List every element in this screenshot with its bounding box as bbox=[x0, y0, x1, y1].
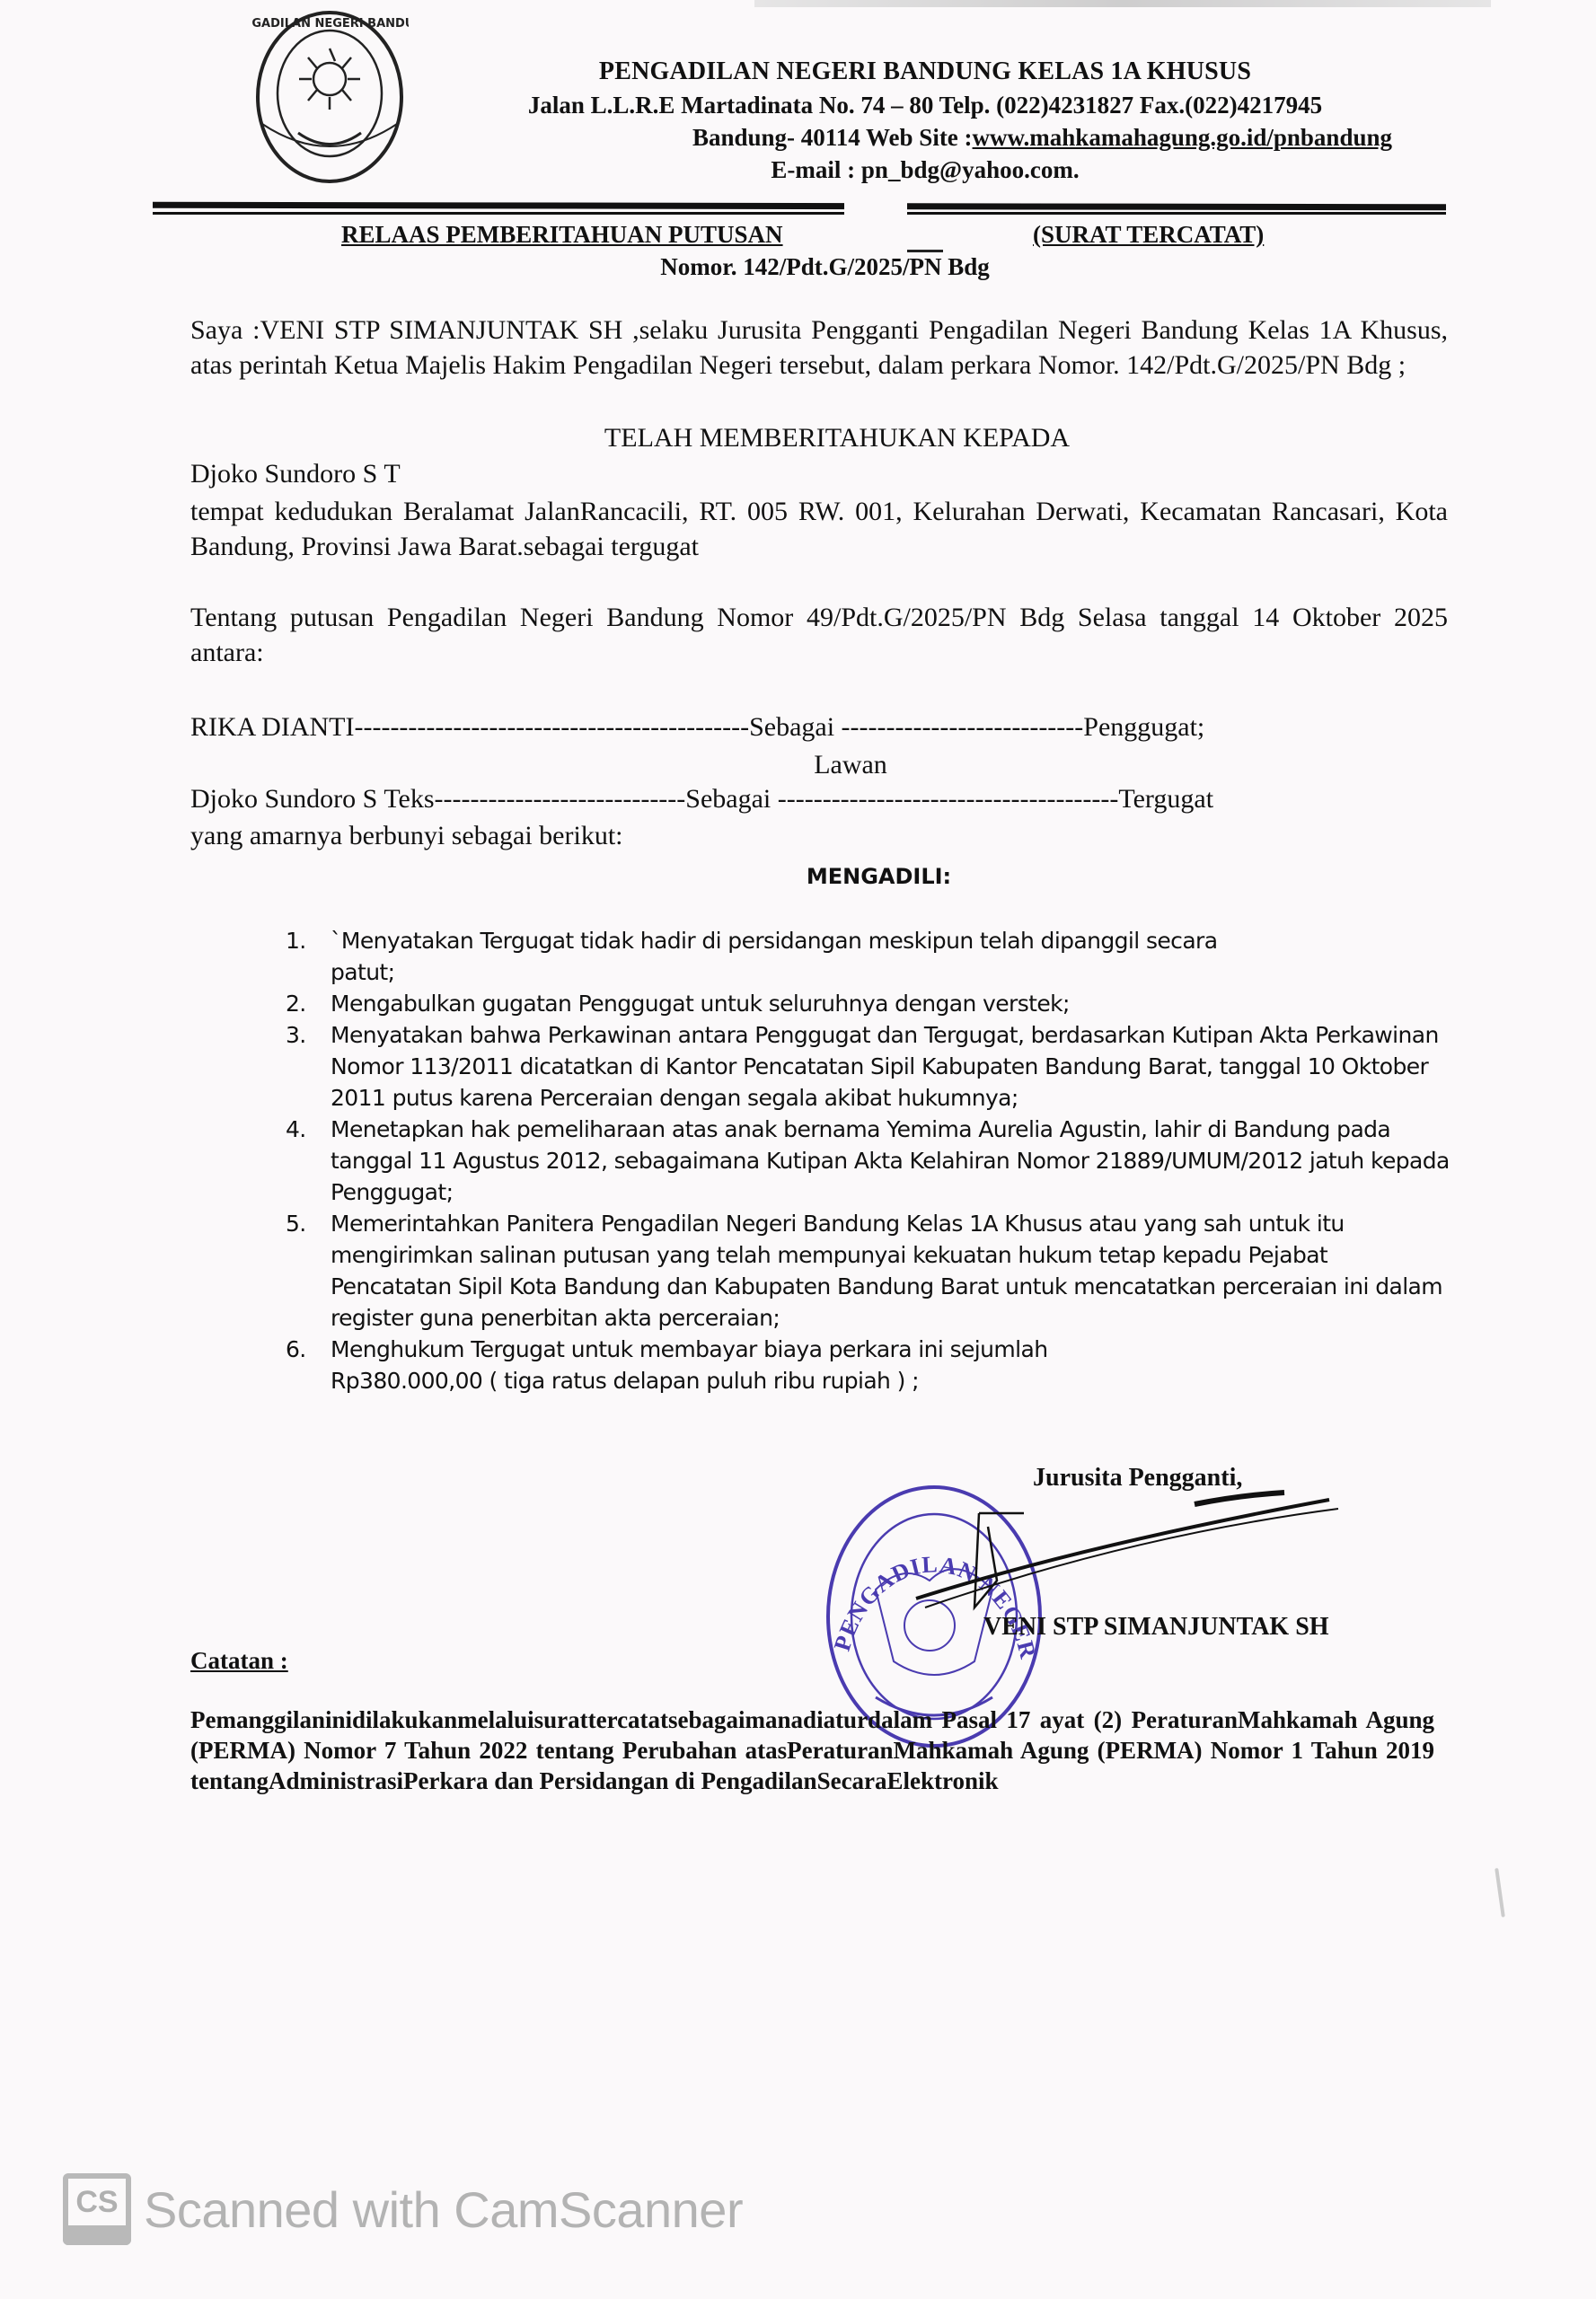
verdict-item-number: 2. bbox=[286, 988, 331, 1019]
letterhead-divider-thin bbox=[153, 212, 1446, 215]
party-dashes: --------------------------- bbox=[834, 712, 1083, 742]
title-underline-fragment bbox=[907, 250, 943, 252]
camscanner-text: Scanned with CamScanner bbox=[144, 2180, 743, 2239]
court-address: Jalan L.L.R.E Martadinata No. 74 – 80 Te… bbox=[431, 92, 1419, 119]
party-name: RIKA DIANTI bbox=[190, 712, 354, 742]
svg-text:PENGADILAN NEGERI BANDUNG: PENGADILAN NEGERI BANDUNG bbox=[251, 17, 409, 31]
verdict-item-text: Mengabulkan gugatan Penggugat untuk selu… bbox=[331, 988, 1453, 1019]
city-label: Bandung- 40114 Web Site : bbox=[692, 124, 973, 151]
notes-text: Pemanggilaninidilakukanmelaluisuratterca… bbox=[190, 1704, 1434, 1796]
notes-label-colon: : bbox=[274, 1647, 288, 1674]
party-role: Tergugat bbox=[1118, 784, 1213, 814]
verdict-item-number: 6. bbox=[286, 1334, 331, 1396]
court-email: E-mail : pn_bdg@yahoo.com. bbox=[431, 156, 1419, 184]
party-name: Djoko Sundoro S Teks bbox=[190, 784, 435, 814]
verdict-intro: yang amarnya berbunyi sebagai berikut: bbox=[190, 821, 1448, 851]
verdict-item-number: 3. bbox=[286, 1019, 331, 1114]
party-dashes: ---------------------------- bbox=[435, 784, 686, 814]
divider-redaction bbox=[844, 199, 907, 223]
document-title: RELAAS PEMBERITAHUAN PUTUSAN bbox=[341, 221, 783, 249]
website-link[interactable]: www.mahkamahagung.go.id/pnbandung bbox=[973, 124, 1392, 151]
verdict-item-number: 4. bbox=[286, 1114, 331, 1208]
party-dashes: -------------------------------------- bbox=[771, 784, 1118, 814]
decision-reference: Tentang putusan Pengadilan Negeri Bandun… bbox=[190, 600, 1448, 670]
party-as: Sebagai bbox=[685, 784, 771, 814]
opening-paragraph: Saya :VENI STP SIMANJUNTAK SH ,selaku Ju… bbox=[190, 313, 1448, 383]
verdict-list: 1. `Menyatakan Tergugat tidak hadir di p… bbox=[286, 925, 1453, 1396]
signatory-role: Jurusita Pengganti, bbox=[1033, 1464, 1242, 1493]
verdict-item: 6. Menghukum Tergugat untuk membayar bia… bbox=[286, 1334, 1453, 1396]
verdict-heading: MENGADILI: bbox=[0, 864, 1596, 889]
recipient-address: tempat kedudukan Beralamat JalanRancacil… bbox=[190, 494, 1448, 564]
verdict-item: 3. Menyatakan bahwa Perkawinan antara Pe… bbox=[286, 1019, 1453, 1114]
party-as: Sebagai bbox=[749, 712, 834, 742]
notified-heading: TELAH MEMBERITAHUKAN KEPADA bbox=[190, 420, 1466, 455]
verdict-item-text: Menghukum Tergugat untuk membayar biaya … bbox=[331, 1334, 1453, 1396]
verdict-item-text: `Menyatakan Tergugat tidak hadir di pers… bbox=[331, 925, 1453, 988]
scan-artifact bbox=[1495, 1868, 1505, 1917]
party-dashes: ----------------------------------------… bbox=[354, 712, 749, 742]
versus-label: Lawan bbox=[190, 750, 1448, 780]
scan-top-edge bbox=[754, 0, 1491, 7]
party-plaintiff: RIKA DIANTI-----------------------------… bbox=[190, 712, 1448, 743]
recipient-name: Djoko Sundoro S T bbox=[190, 456, 1448, 491]
verdict-item-text: Memerintahkan Panitera Pengadilan Negeri… bbox=[331, 1208, 1453, 1334]
verdict-item-text: Menetapkan hak pemeliharaan atas anak be… bbox=[331, 1114, 1453, 1208]
party-defendant: Djoko Sundoro S Teks--------------------… bbox=[190, 784, 1448, 815]
verdict-item: 1. `Menyatakan Tergugat tidak hadir di p… bbox=[286, 925, 1453, 988]
notes-label: Catatan : bbox=[190, 1647, 288, 1675]
camscanner-watermark: CS Scanned with CamScanner bbox=[63, 2173, 743, 2245]
camscanner-logo-icon: CS bbox=[63, 2173, 131, 2245]
verdict-item: 5. Memerintahkan Panitera Pengadilan Neg… bbox=[286, 1208, 1453, 1334]
party-role: Penggugat; bbox=[1083, 712, 1204, 742]
court-name: PENGADILAN NEGERI BANDUNG KELAS 1A KHUSU… bbox=[431, 57, 1419, 86]
verdict-item: 2. Mengabulkan gugatan Penggugat untuk s… bbox=[286, 988, 1453, 1019]
court-website-line: Bandung- 40114 Web Site :www.mahkamahagu… bbox=[584, 124, 1392, 152]
handwritten-signature bbox=[862, 1473, 1347, 1634]
verdict-item: 4. Menetapkan hak pemeliharaan atas anak… bbox=[286, 1114, 1453, 1208]
document-number: Nomor. 142/Pdt.G/2025/PN Bdg bbox=[0, 253, 1596, 281]
signatory-name: VENI STP SIMANJUNTAK SH bbox=[983, 1613, 1329, 1642]
notes-label-text: Catatan bbox=[190, 1647, 274, 1674]
court-logo: PENGADILAN NEGERI BANDUNG bbox=[251, 7, 409, 187]
verdict-item-text: Menyatakan bahwa Perkawinan antara Pengg… bbox=[331, 1019, 1453, 1114]
verdict-item-number: 5. bbox=[286, 1208, 331, 1334]
document-subtitle: (SURAT TERCATAT) bbox=[1033, 221, 1264, 249]
verdict-item-number: 1. bbox=[286, 925, 331, 988]
letterhead-divider-thick bbox=[153, 202, 1446, 211]
